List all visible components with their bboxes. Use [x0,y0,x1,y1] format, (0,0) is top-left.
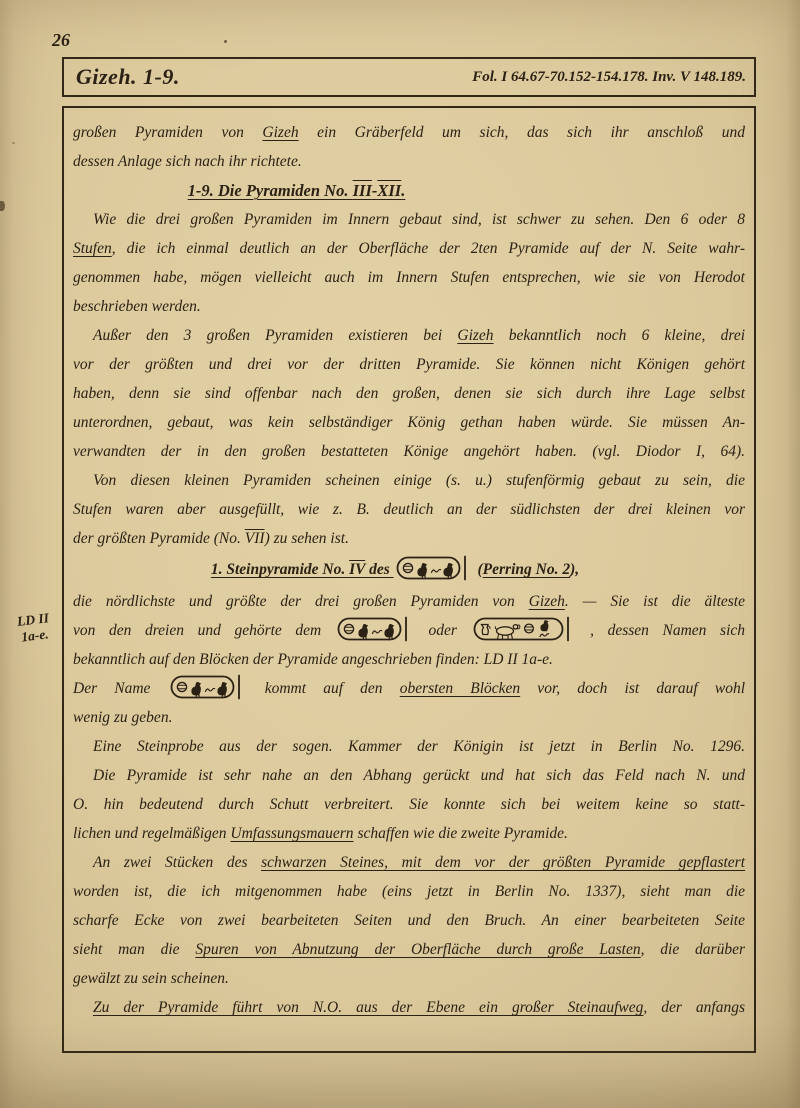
text-segment: . [401,181,405,200]
p6-line2: wenig zu geben. [73,703,745,732]
p3-line5: verwandten der in den großen bestatteten… [73,437,745,466]
text-segment: gewälzt zu sein scheinen. [73,970,229,987]
p5-line1: die nördlichste und größte der drei groß… [73,587,745,616]
text-segment: bekanntlich noch 6 kleine, drei [494,327,745,344]
text-segment: Von diesen kleinen Pyramiden scheinen ei… [93,472,745,489]
text-segment: Gizeh [457,327,493,344]
text-segment: verwandten der in den großen bestatteten… [73,443,745,460]
text-segment: Der Name [73,680,168,697]
text-segment: , der anfangs [643,999,745,1016]
text-segment: dessen Anlage sich nach ihr richtete. [73,153,302,170]
text-segment: III [353,181,372,200]
cartouche-chnum-khufu-icon [473,616,575,642]
p2-line4: beschrieben werden. [73,292,745,321]
text-segment: Die Pyramide ist sehr nahe an den Abhang… [93,767,745,784]
cartouche-khufu-icon [337,616,413,642]
p2-line3: genommen habe, mögen vielleicht auch im … [73,263,745,292]
text-segment: 1. Steinpyramide No. [211,561,349,578]
p9-line5: gewälzt zu sein scheinen. [73,964,745,993]
text-segment: vor, doch ist darauf wohl [520,680,745,697]
text-segment: , dessen Namen sich [590,622,745,639]
scan-edge-smudge [0,201,5,211]
text-segment: XII [377,181,401,200]
p5-line2: von den dreien und gehörte dem oder , de… [73,616,745,645]
p7-line1: Eine Steinprobe aus der sogen. Kammer de… [73,732,745,761]
text-segment: Wie die drei großen Pyramiden im Innern … [93,211,745,228]
text-segment: , die darüber [641,941,745,958]
p6-line1: Der Name kommt auf den obersten Blöcken … [73,674,745,703]
text-segment: des [365,561,393,578]
scan-speck [12,142,15,144]
heading-1-9: 1-9. Die Pyramiden No. III-XII. [73,176,745,205]
p4-line3: der größten Pyramide (No. VII) zu sehen … [73,524,745,553]
text-segment: Gizeh [262,124,298,141]
page-scan: 26 Gizeh. 1-9. Fol. I 64.67-70.152-154.1… [0,0,800,1108]
p5-line3: bekanntlich auf den Blöcken der Pyramide… [73,645,745,674]
text-segment: von den dreien und gehörte dem [73,622,335,639]
text-segment: Stufen [73,240,112,257]
header-reference: Fol. I 64.67-70.152-154.178. Inv. V 148.… [472,69,746,86]
header-box: Gizeh. 1-9. Fol. I 64.67-70.152-154.178.… [62,57,756,97]
p10-line1: Zu der Pyramide führt von N.O. aus der E… [73,993,745,1022]
p2-line1: Wie die drei großen Pyramiden im Innern … [73,205,745,234]
text-segment: ein Gräberfeld um sich, das sich ihr ans… [299,124,745,141]
header-title: Gizeh. 1-9. [76,64,180,90]
text-segment: Stufen waren aber ausgefüllt, wie z. B. … [73,501,745,518]
scan-speck [224,40,227,43]
text-segment: VII [245,530,265,547]
p9-line3: scharfe Ecke von zwei bearbeiteten Seite… [73,906,745,935]
text-segment: ), [570,561,579,578]
text-segment: IV [349,561,365,578]
text-segment: schaffen wie die zweite Pyramide. [354,825,568,842]
text-segment: bekanntlich auf den Blöcken der Pyramide… [73,651,553,668]
text-segment: genommen habe, mögen vielleicht auch im … [73,269,745,286]
text-segment: Umfassungsmauern [230,825,353,842]
p2-line2: Stufen, die ich einmal deutlich an der O… [73,234,745,263]
text-segment: sieht man die [73,941,195,958]
p9-line2: worden ist, die ich mitgenommen habe (ei… [73,877,745,906]
text-segment: Spuren von Abnutzung der Oberfläche durc… [195,941,640,958]
text-segment: wenig zu geben. [73,709,172,726]
text-area: großen Pyramiden von Gizeh ein Gräberfel… [73,118,745,1022]
text-segment: O. hin bedeutend durch Schutt verbreiter… [73,796,745,813]
p9-line4: sieht man die Spuren von Abnutzung der O… [73,935,745,964]
text-segment: oder [428,622,470,639]
text-segment: An zwei Stücken des [93,854,261,871]
text-segment: obersten Blöcken [400,680,520,697]
p8-line3: lichen und regelmäßigen Umfassungsmauern… [73,819,745,848]
text-segment: ) zu sehen ist. [265,530,349,547]
p3-line2: vor der größten und drei vor der dritten… [73,350,745,379]
p1-line2: dessen Anlage sich nach ihr richtete. [73,147,745,176]
p3-line3: haben, denn sie sind offenbar nach den g… [73,379,745,408]
text-segment: großen Pyramiden von [73,124,262,141]
text-segment: haben, denn sie sind offenbar nach den g… [73,385,745,402]
text-segment: Perring No. 2 [483,561,570,578]
text-segment: kommt auf den [265,680,400,697]
p4-line1: Von diesen kleinen Pyramiden scheinen ei… [73,466,745,495]
text-segment: Zu der Pyramide führt von N.O. aus der E… [93,999,643,1016]
page-number: 26 [52,30,70,51]
p8-line2: O. hin bedeutend durch Schutt verbreiter… [73,790,745,819]
p3-line4: unterordnen, gebaut, was kein selbständi… [73,408,745,437]
main-text-box: großen Pyramiden von Gizeh ein Gräberfel… [62,106,756,1053]
p1-line1: großen Pyramiden von Gizeh ein Gräberfel… [73,118,745,147]
text-segment: . — Sie ist die älteste [565,593,745,610]
text-segment: der größten Pyramide (No. [73,530,245,547]
text-segment: unterordnen, gebaut, was kein selbständi… [73,414,745,431]
text-segment: vor der größten und drei vor der dritten… [73,356,745,373]
p4-line2: Stufen waren aber ausgefüllt, wie z. B. … [73,495,745,524]
p9-line1: An zwei Stücken des schwarzen Steines, m… [73,848,745,877]
text-segment: worden ist, die ich mitgenommen habe (ei… [73,883,745,900]
cartouche-khufu-icon [396,555,472,581]
text-segment: schwarzen Steines, mit dem vor der größt… [261,854,745,871]
heading-steinpyramide: 1. Steinpyramide No. IV des (Perring No.… [73,553,745,587]
text-segment: lichen und regelmäßigen [73,825,230,842]
text-segment: 1-9. Die Pyramiden No. [188,181,353,200]
p8-line1: Die Pyramide ist sehr nahe an den Abhang… [73,761,745,790]
text-segment: beschrieben werden. [73,298,201,315]
text-segment: Eine Steinprobe aus der sogen. Kammer de… [93,738,745,755]
margin-note: LD II 1a-e. [6,609,62,647]
cartouche-khufu-icon [170,674,246,700]
p3-line1: Außer den 3 großen Pyramiden existieren … [73,321,745,350]
text-segment: Gizeh [529,593,565,610]
text-segment: die nördlichste und größte der drei groß… [73,593,529,610]
text-segment: scharfe Ecke von zwei bearbeiteten Seite… [73,912,745,929]
text-segment: , die ich einmal deutlich an der Oberflä… [112,240,745,257]
text-segment: Außer den 3 großen Pyramiden existieren … [93,327,457,344]
